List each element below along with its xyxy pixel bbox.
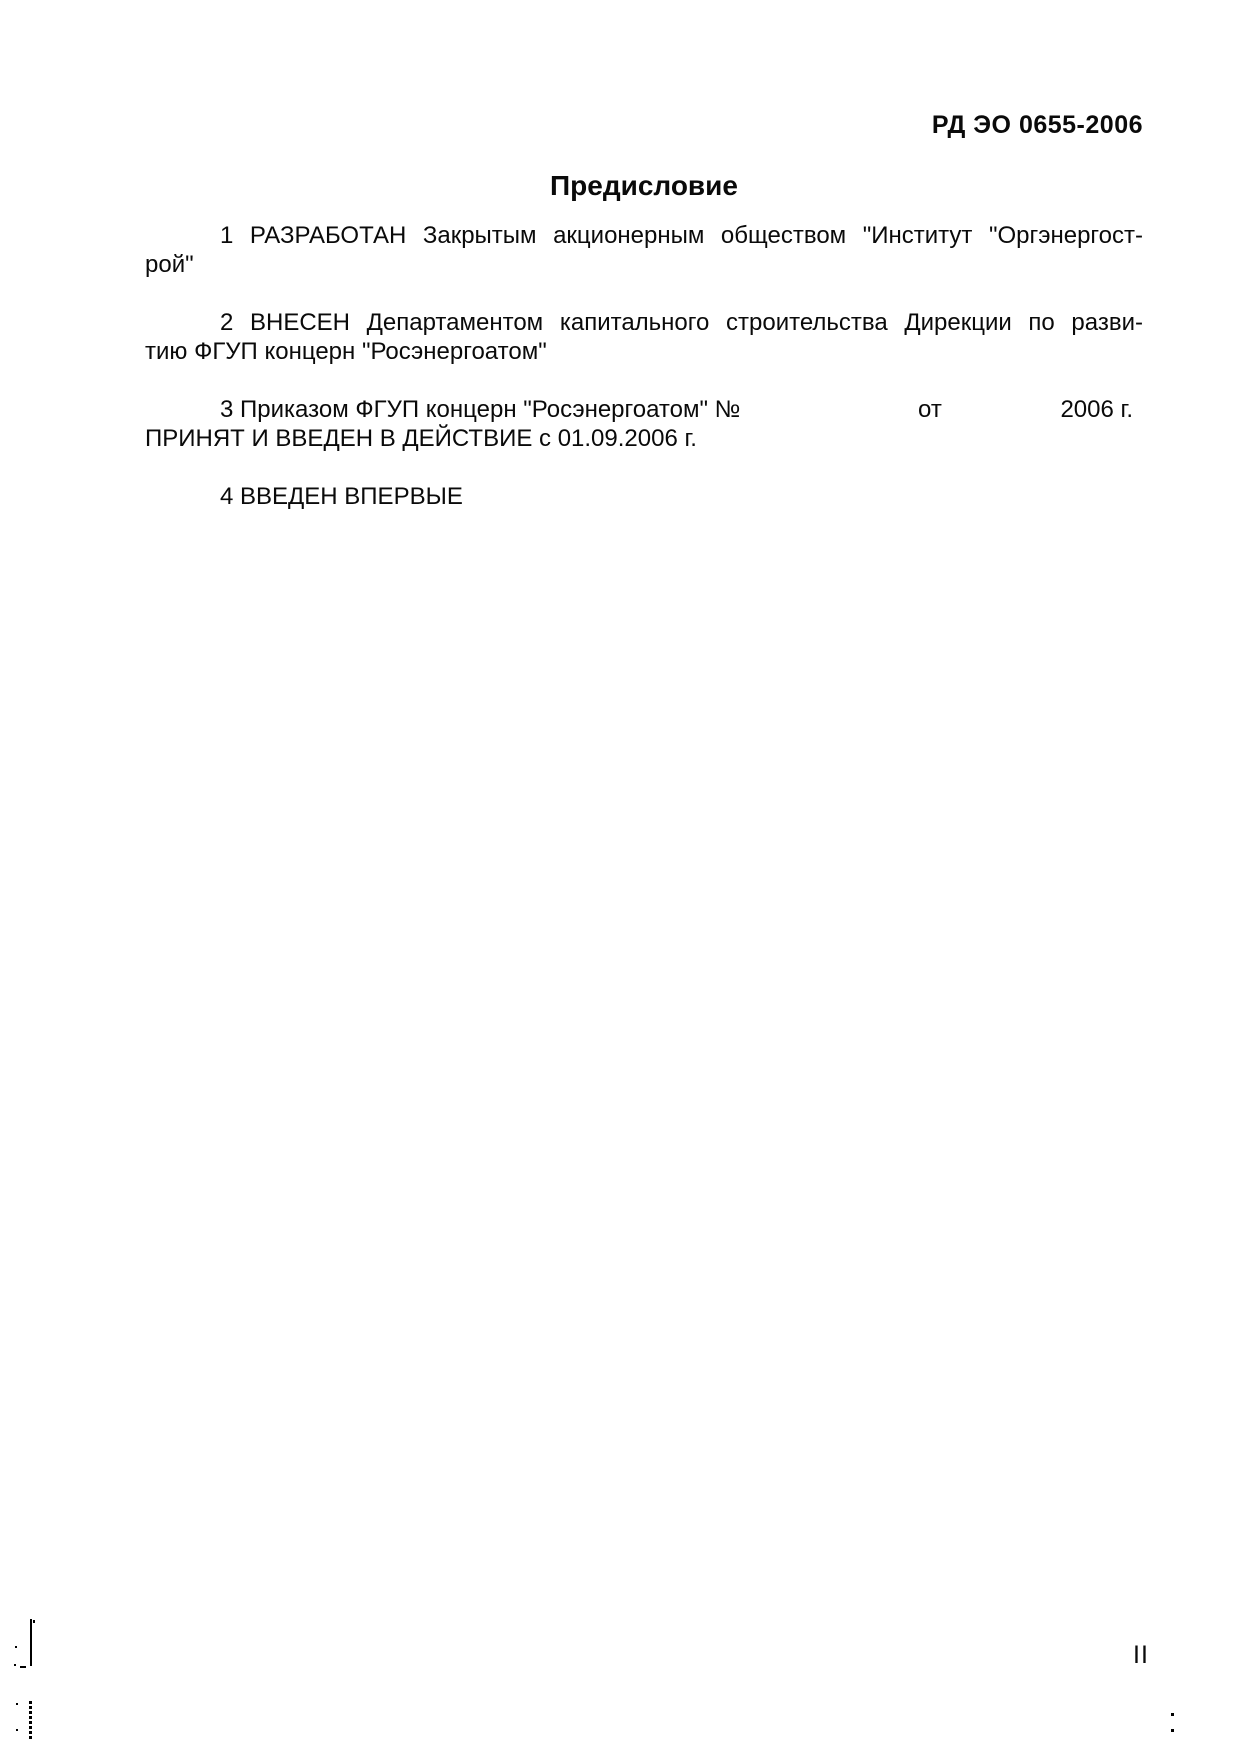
scan-artifact — [16, 1729, 18, 1731]
paragraph-3-line-1: 3 Приказом ФГУП концерн "Росэнергоатом" … — [145, 395, 1143, 424]
scan-artifact — [30, 1619, 32, 1666]
scanned-document-page: РД ЭО 0655-2006 Предисловие 1 РАЗРАБОТАН… — [0, 0, 1235, 1747]
paragraph-2-line-1: 2 ВНЕСЕН Департаментом капитального стро… — [145, 308, 1143, 337]
scan-artifact — [29, 1701, 32, 1739]
paragraph-1-line-1: 1 РАЗРАБОТАН Закрытым акционерным общест… — [145, 221, 1143, 250]
scan-artifact — [1171, 1713, 1174, 1716]
scan-artifact — [14, 1664, 16, 1666]
text-column: РД ЭО 0655-2006 Предисловие 1 РАЗРАБОТАН… — [145, 0, 1143, 540]
paragraph-2-line-2: тию ФГУП концерн "Росэнергоатом" — [145, 337, 1143, 366]
paragraph-1-line-2: рой" — [145, 250, 1143, 279]
scan-artifact — [1171, 1729, 1174, 1732]
paragraph-3-year-label: 2006 г. — [1060, 395, 1133, 424]
page-number: II — [1133, 1641, 1149, 1669]
paragraph-1: 1 РАЗРАБОТАН Закрытым акционерным общест… — [145, 221, 1143, 279]
paragraph-4-line-1: 4 ВВЕДЕН ВПЕРВЫЕ — [145, 482, 1143, 511]
paragraph-3: 3 Приказом ФГУП концерн "Росэнергоатом" … — [145, 395, 1143, 453]
paragraph-3-order-text: 3 Приказом ФГУП концерн "Росэнергоатом" … — [220, 396, 740, 423]
paragraph-3-ot-label: от — [918, 395, 942, 424]
document-number: РД ЭО 0655-2006 — [145, 110, 1143, 140]
scan-artifact — [15, 1646, 17, 1648]
scan-artifact — [16, 1703, 18, 1705]
preface-content: 1 РАЗРАБОТАН Закрытым акционерным общест… — [145, 221, 1143, 511]
scan-artifact — [33, 1620, 35, 1623]
paragraph-2: 2 ВНЕСЕН Департаментом капитального стро… — [145, 308, 1143, 366]
scan-artifact — [20, 1666, 26, 1668]
page-title: Предисловие — [145, 171, 1143, 201]
paragraph-3-line-2: ПРИНЯТ И ВВЕДЕН В ДЕЙСТВИЕ с 01.09.2006 … — [145, 424, 1143, 453]
paragraph-4: 4 ВВЕДЕН ВПЕРВЫЕ — [145, 482, 1143, 511]
